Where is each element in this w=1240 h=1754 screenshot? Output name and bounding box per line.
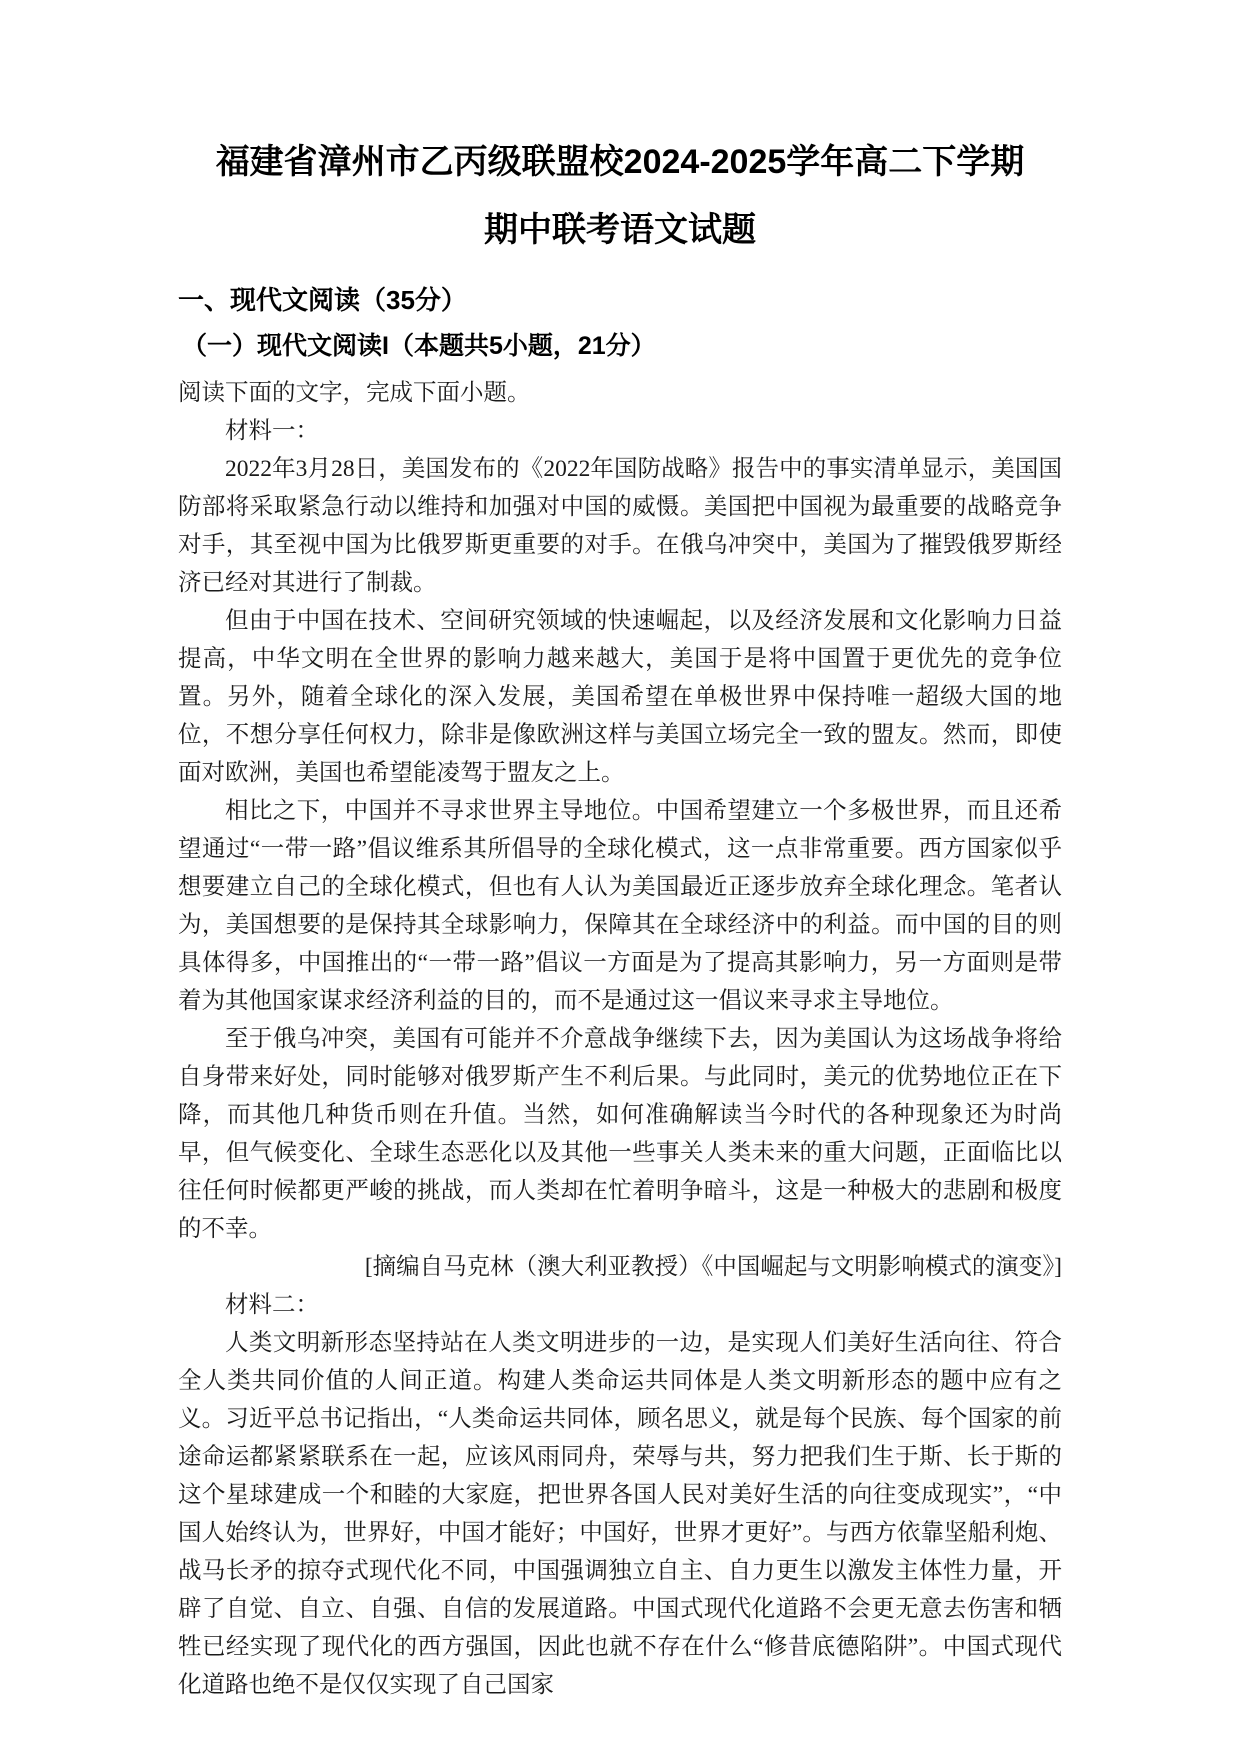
doc-title-line-2: 期中联考语文试题	[178, 210, 1062, 250]
material-1-paragraph-4: 至于俄乌冲突，美国有可能并不介意战争继续下去，因为美国认为这场战争将给自身带来好…	[178, 1020, 1062, 1248]
exam-paper-page: 福建省漳州市乙丙级联盟校2024-2025学年高二下学期 期中联考语文试题 一、…	[0, 0, 1240, 1754]
material-2-paragraph-1: 人类文明新形态坚持站在人类文明进步的一边，是实现人们美好生活向往、符合全人类共同…	[178, 1324, 1062, 1704]
doc-title-line-1: 福建省漳州市乙丙级联盟校2024-2025学年高二下学期	[178, 142, 1062, 182]
material-1-paragraph-3: 相比之下，中国并不寻求世界主导地位。中国希望建立一个多极世界，而且还希望通过“一…	[178, 792, 1062, 1020]
section-heading-modern-reading: 一、现代文阅读（35分）	[178, 284, 1062, 316]
material-1-paragraph-1: 2022年3月28日，美国发布的《2022年国防战略》报告中的事实清单显示，美国…	[178, 450, 1062, 602]
material-1-paragraph-2: 但由于中国在技术、空间研究领域的快速崛起，以及经济发展和文化影响力日益提高，中华…	[178, 602, 1062, 792]
instruction-text: 阅读下面的文字，完成下面小题。	[178, 374, 1062, 412]
material-1-label: 材料一：	[178, 412, 1062, 450]
material-2-label: 材料二：	[178, 1286, 1062, 1324]
subsection-heading-reading-1: （一）现代文阅读I（本题共5小题，21分）	[178, 330, 1062, 362]
material-1-attribution: [摘编自马克林（澳大利亚教授）《中国崛起与文明影响模式的演变》]	[178, 1248, 1062, 1286]
